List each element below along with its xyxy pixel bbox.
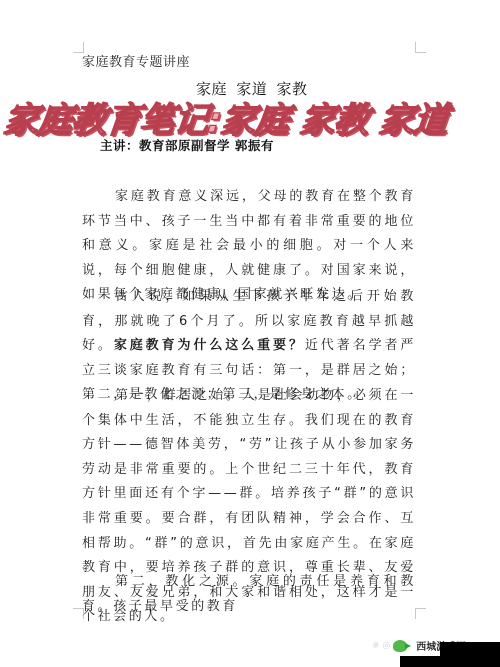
- black-overlay-box: [440, 642, 500, 667]
- page-corner-mark-bottom-right: [415, 608, 426, 619]
- lecturer-line: 主讲：教育部原副督学 郭振有: [100, 136, 274, 154]
- paragraph-2-bold-question: 家庭教育为什么这么重要？: [114, 338, 305, 353]
- black-overlay-strip: [400, 656, 440, 667]
- watermark-faint-symbols: ※ ◎: [372, 641, 390, 651]
- green-leaf-icon: [393, 640, 407, 652]
- page-corner-mark-top-right: [415, 42, 426, 53]
- series-title: 家庭教育专题讲座: [82, 51, 190, 70]
- paragraph-4: 第二，教化之源。家庭的责任是养育和教育。孩子最早受的教育: [82, 570, 416, 619]
